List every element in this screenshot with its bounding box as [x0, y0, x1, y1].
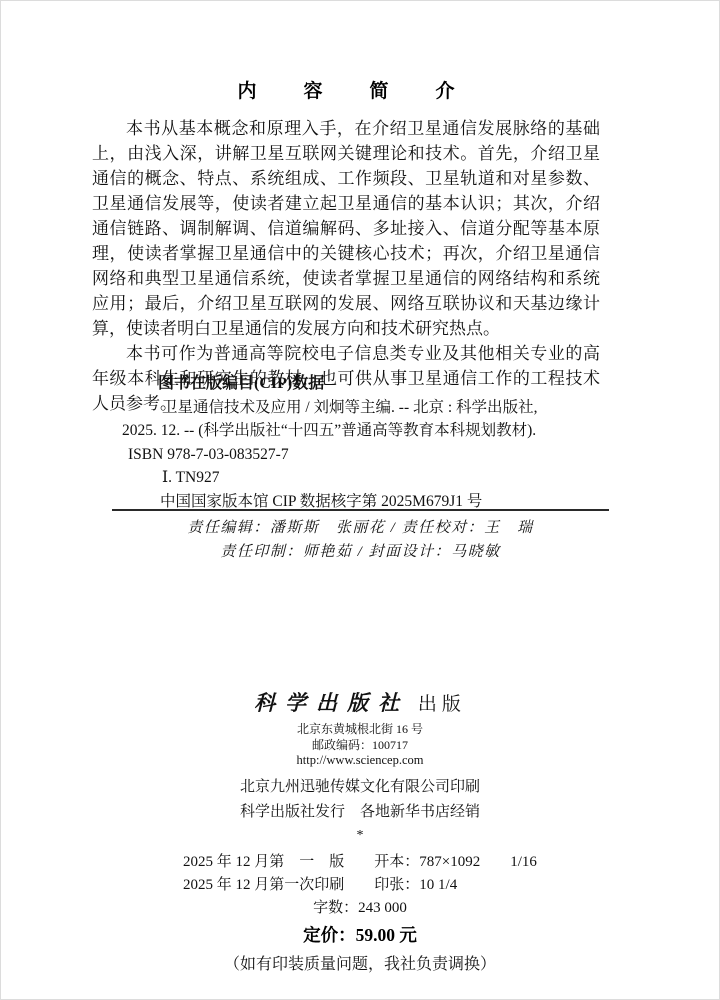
- content-summary-title: 内 容 简 介: [92, 76, 600, 103]
- printing-line: 2025 年 12 月第一次印刷 印张：10 1/4: [183, 874, 537, 897]
- publisher-postcode: 邮政编码：100717: [0, 738, 720, 754]
- imprint-block: 2025 年 12 月第 一 版 开本：787×1092 1/16 2025 年…: [183, 851, 537, 897]
- publisher-logo-line: 科学出版社 出版: [0, 687, 720, 717]
- cip-heading: 图书在版编目(CIP)数据: [122, 372, 614, 396]
- staff-credits-section: 责任编辑：潘斯斯 张丽花 / 责任校对：王 瑞 责任印制：师艳茹 / 封面设计：…: [112, 509, 609, 564]
- book-copyright-page: 内 容 简 介 本书从基本概念和原理入手，在介绍卫星通信发展脉络的基础上，由浅入…: [0, 0, 720, 1000]
- separator-asterisk: *: [0, 828, 720, 844]
- publisher-address: 北京东黄城根北街 16 号: [0, 722, 720, 738]
- content-summary-section: 内 容 简 介 本书从基本概念和原理入手，在介绍卫星通信发展脉络的基础上，由浅入…: [92, 76, 600, 416]
- distribution-line: 科学出版社发行 各地新华书店经销: [0, 801, 720, 824]
- word-count-line: 字数：243 000: [0, 897, 720, 919]
- production-design-line: 责任印制：师艳茹 / 封面设计：马晓敏: [112, 540, 609, 564]
- cip-series-line: 2025. 12. -- (科学出版社“十四五”普通高等教育本科规划教材).: [122, 419, 614, 443]
- colophon-section: 科学出版社 出版 北京东黄城根北街 16 号 邮政编码：100717 http:…: [0, 687, 720, 974]
- publish-label: 出版: [418, 694, 466, 715]
- publisher-logo: 科学出版社: [254, 691, 409, 715]
- summary-paragraph-1: 本书从基本概念和原理入手，在介绍卫星通信发展脉络的基础上，由浅入深，讲解卫星互联…: [92, 116, 600, 341]
- publisher-website: http://www.sciencep.com: [0, 753, 720, 769]
- cip-title-line: 卫星通信技术及应用 / 刘炯等主编. -- 北京 : 科学出版社,: [122, 396, 614, 420]
- printer-line: 北京九州迅驰传媒文化有限公司印刷: [0, 776, 720, 799]
- isbn-line: ISBN 978-7-03-083527-7: [122, 443, 614, 467]
- cip-data-section: 图书在版编目(CIP)数据 卫星通信技术及应用 / 刘炯等主编. -- 北京 :…: [122, 372, 614, 513]
- price-line: 定价：59.00 元: [0, 922, 720, 947]
- edition-line: 2025 年 12 月第 一 版 开本：787×1092 1/16: [183, 851, 537, 874]
- classification-line: Ⅰ. TN927: [122, 466, 614, 490]
- editors-line: 责任编辑：潘斯斯 张丽花 / 责任校对：王 瑞: [112, 516, 609, 540]
- quality-notice-line: （如有印装质量问题，我社负责调换）: [0, 951, 720, 974]
